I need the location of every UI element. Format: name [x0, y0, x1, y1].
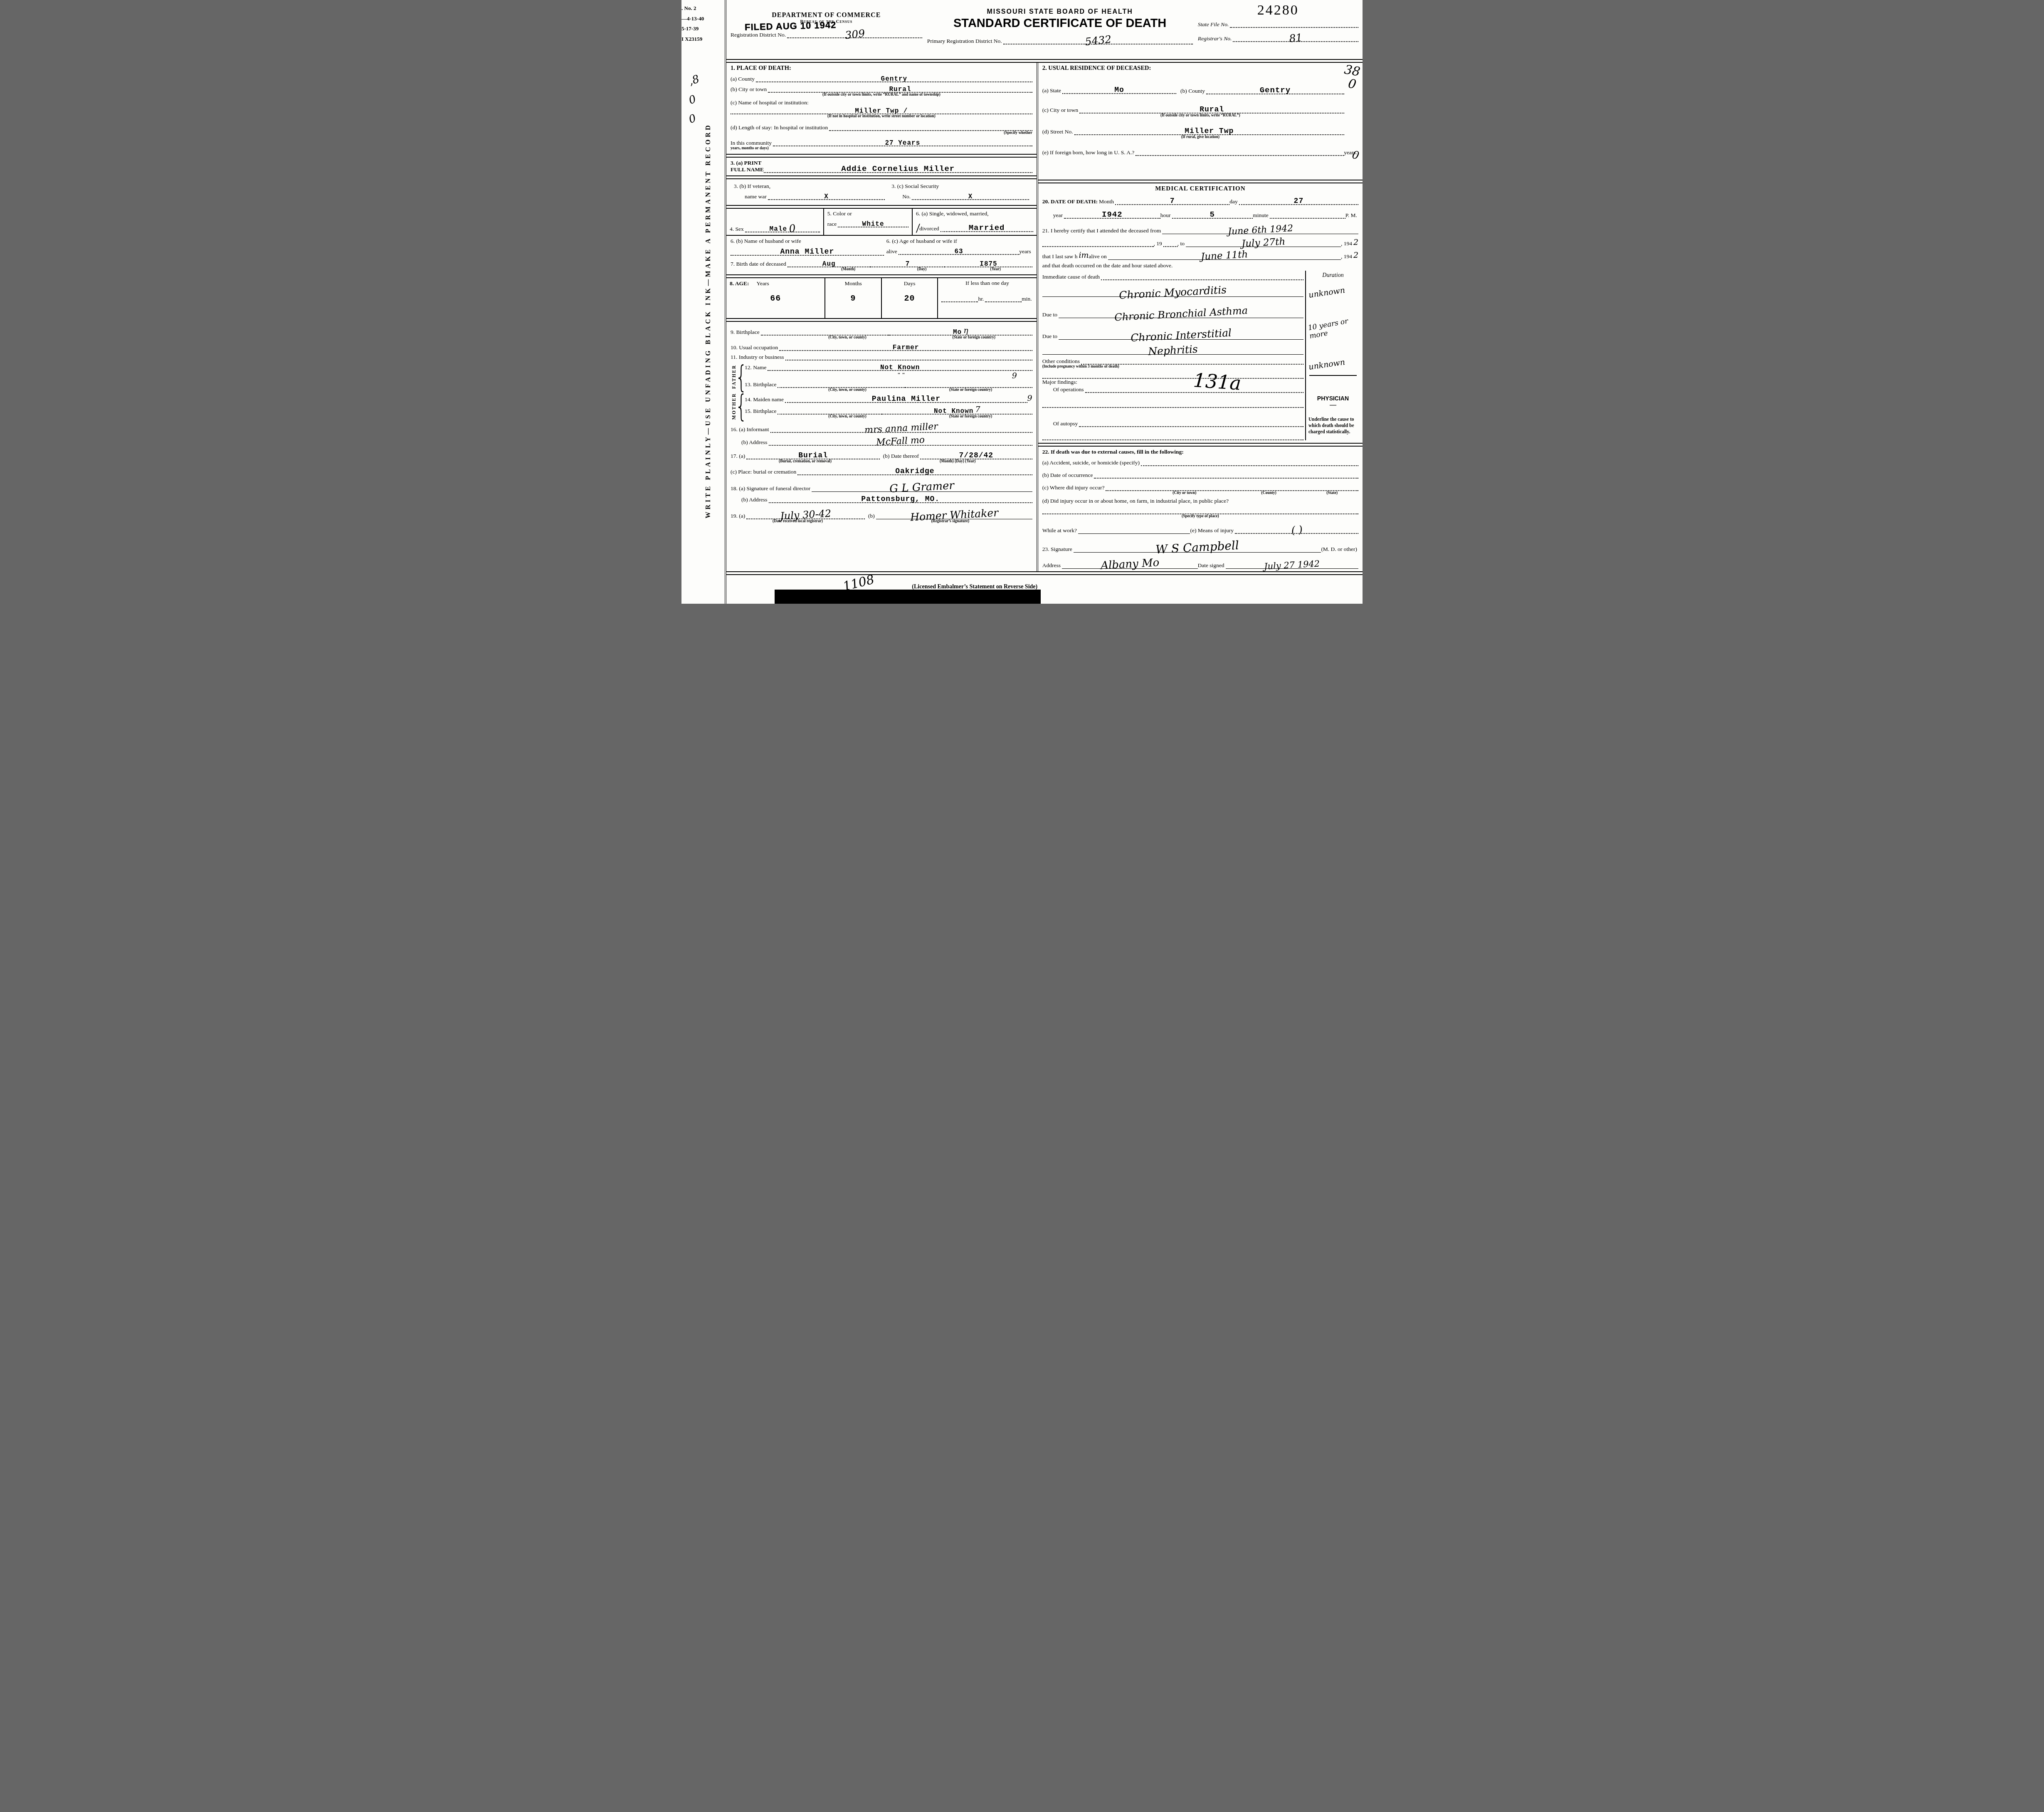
funeral-addr-field: Pattonsburg, MO. — [769, 495, 1032, 503]
external-b-field — [1094, 478, 1358, 479]
certify-from-value: June 6th 1942 — [1227, 224, 1293, 237]
residence-county-field: Gentry — [1206, 86, 1344, 94]
last-saw-label: that I last saw h — [1042, 253, 1079, 260]
section-age: 8. AGE: Years 66 Months 9 Days 20 If les… — [726, 278, 1037, 318]
external-c-note1: (City or town) — [1137, 491, 1232, 496]
funeral-sig-label: 18. (a) Signature of funeral director — [731, 485, 812, 492]
burial-label: 17. (a) — [731, 453, 746, 459]
veteran-field: X — [768, 193, 885, 200]
spouse-age-suffix: years — [1019, 248, 1032, 255]
residence-county-label: (b) County — [1180, 88, 1206, 94]
full-name-label: FULL NAME — [731, 166, 764, 173]
state-file-label: State File No. — [1198, 21, 1230, 28]
margin-mark-3: 0 — [687, 111, 701, 126]
alive-on-label: alive on — [1089, 253, 1108, 260]
certify-from-field: June 6th 1942 — [1162, 225, 1358, 234]
physician-dash: — — [1308, 402, 1358, 409]
primary-district-label: Primary Registration District No. — [927, 38, 1003, 44]
left-margin: . No. 2 —4-13-40 5-17-39 I X23159 ,8 0 0… — [681, 0, 725, 604]
burial-date-field: 7/28/42 — [920, 451, 1032, 459]
external-a-label: (a) Accident, suicide, or homicide (spec… — [1042, 459, 1141, 466]
marital-value: Married — [969, 224, 1005, 232]
signature-value: W S Campbell — [1155, 539, 1239, 555]
left-column: 1. PLACE OF DEATH: (a) County Gentry (b)… — [726, 63, 1038, 571]
burial-date-label: (b) Date thereof — [883, 453, 920, 459]
certify-label: 21. I hereby certify that I attended the… — [1042, 227, 1163, 234]
marital-label2: divorced — [919, 225, 940, 232]
marital-field: Married — [941, 223, 1033, 232]
dod-month-label: Month — [1099, 198, 1115, 205]
hospital-field: Miller Twp / — [731, 107, 1032, 114]
spouse-field: Anna Miller — [731, 247, 884, 256]
footer-row: 1108 (Licensed Embalmer’s Statement on R… — [726, 575, 1363, 591]
form-corner-codes: . No. 2 —4-13-40 5-17-39 I X23159 — [681, 3, 704, 44]
burial-value: Burial — [798, 452, 828, 459]
autopsy-field — [1079, 426, 1303, 427]
medical-heading: MEDICAL CERTIFICATION — [1042, 185, 1358, 193]
immediate-cause-line: Chronic Myocarditis — [1042, 286, 1303, 297]
mother-handwritten-mark: 9 — [1027, 394, 1032, 403]
full-name-field: Addie Cornelius Miller — [764, 164, 1032, 173]
major-mid-line — [1042, 407, 1303, 408]
signature-field: W S Campbell — [1074, 541, 1321, 553]
mother-bp-value: Not Known — [934, 408, 973, 415]
birth-year-note: (Year) — [959, 267, 1032, 272]
spouse-value: Anna Miller — [780, 248, 834, 256]
department-title: DEPARTMENT OF COMMERCE — [731, 12, 922, 19]
veteran-war-label: name war — [745, 193, 768, 200]
major-findings-handwritten: 131a — [1192, 369, 1242, 395]
county-field: Gentry — [756, 75, 1032, 82]
informant-label: 16. (a) Informant — [731, 426, 770, 433]
age-years-label: Years — [757, 280, 769, 286]
section-veteran-ssn: 3. (b) If veteran, name war X 3. (c) Soc… — [726, 179, 1037, 205]
corner-line1: . No. 2 — [681, 3, 704, 14]
community-note: years, months or days) — [731, 146, 1032, 151]
birthplace-handwritten-mark: η — [963, 327, 968, 335]
right-column: 2. USUAL RESIDENCE OF DECEASED: 38 0 0 (… — [1038, 63, 1363, 571]
birthplace-value: Mo — [953, 329, 962, 336]
community-field: 27 Years — [773, 139, 1032, 146]
birth-day-field: 7 — [871, 260, 945, 267]
veteran-value: X — [824, 193, 829, 200]
section-medical: MEDICAL CERTIFICATION 20. DATE OF DEATH:… — [1038, 183, 1363, 443]
age-hr-label: hr. — [978, 296, 985, 302]
section-funeral-registrar: 18. (a) Signature of funeral director G … — [726, 481, 1037, 527]
age-months-value: 9 — [851, 294, 856, 304]
section-spouse-birthdate: 6. (b) Name of husband or wife Anna Mill… — [726, 236, 1037, 275]
residence-street-field: Miller Twp — [1074, 127, 1344, 135]
rule-1 — [726, 154, 1037, 158]
rule-8 — [1038, 443, 1363, 447]
certify-19-field — [1163, 246, 1178, 247]
funeral-addr-label: (b) Address — [741, 496, 769, 503]
dod-month-value: 7 — [1170, 197, 1175, 205]
spouse-label: 6. (b) Name of husband or wife — [731, 238, 884, 244]
community-value: 27 Years — [885, 140, 920, 146]
burial-date-note: (Month) (Day) (Year) — [883, 459, 1032, 464]
hospital-note: (If not in hospital or institution, writ… — [731, 114, 1032, 119]
county-label: (a) County — [731, 76, 756, 82]
rule-2 — [726, 175, 1037, 179]
mother-bp-label: 15. Birthplace — [745, 408, 778, 415]
section-personal: 9. Birthplace Mo η (City, town, or count… — [726, 322, 1037, 448]
birth-date-label: 7. Birth date of deceased — [731, 261, 787, 267]
sex-label: 4. Sex — [730, 226, 745, 232]
ssn-value: X — [968, 193, 973, 200]
residence-city-field: Rural — [1079, 105, 1344, 114]
hospital-label: (c) Name of hospital or institution: — [731, 99, 1032, 106]
foreign-born-field — [1136, 155, 1344, 156]
father-bp-label: 13. Birthplace — [745, 381, 778, 388]
stay-note: (Specify whether — [731, 131, 1032, 136]
dod-hour-value: 5 — [1210, 211, 1215, 219]
residence-handwritten-marks: 38 0 — [1344, 64, 1360, 91]
state-file-field — [1230, 27, 1358, 28]
duration-divider — [1309, 375, 1357, 376]
external-b-label: (b) Date of occurrence — [1042, 472, 1094, 479]
dod-hour-label: hour — [1160, 212, 1172, 219]
age-hr-field — [941, 301, 978, 302]
dod-label: 20. DATE OF DEATH: — [1042, 198, 1099, 205]
birth-month-value: Aug — [822, 261, 836, 267]
dod-hour-field: 5 — [1172, 210, 1253, 219]
header-right: 24280 State File No. Registrar's No. 81 — [1198, 2, 1358, 58]
corner-line3: 5-17-39 — [681, 24, 704, 34]
external-d-note: (Specify type of place) — [1042, 514, 1358, 519]
father-bp-note2: (State or foreign country) — [909, 388, 1032, 393]
community-label: In this community — [731, 140, 773, 146]
registrars-no-field: 81 — [1233, 31, 1358, 42]
section-external-causes: 22. If death was due to external causes,… — [1038, 447, 1363, 536]
duration-column: Duration unknown 10 years or more unknow… — [1305, 271, 1358, 440]
certify-to-label: , to — [1178, 240, 1186, 247]
informant-addr-field: McFall mo — [769, 436, 1032, 446]
certify-to-value: July 27th — [1242, 237, 1286, 249]
physician-addr-value: Albany Mo — [1100, 557, 1159, 571]
residence-county-value: Gentry — [1260, 86, 1291, 94]
place-of-death-heading: 1. PLACE OF DEATH: — [731, 65, 1032, 72]
while-at-work-field — [1078, 533, 1190, 534]
burial-place-value: Oakridge — [895, 468, 934, 475]
primary-district-field: 5432 — [1003, 33, 1193, 44]
certificate-body: DEPARTMENT OF COMMERCE Bureau of the Cen… — [725, 0, 1363, 604]
certify-to-field: July 27th — [1186, 237, 1341, 247]
mother-name-value: Paulina Miller — [872, 395, 941, 403]
ssn-field: X — [912, 193, 1029, 200]
mother-bp-field2: Not Known 7 — [882, 406, 1032, 415]
certify-blank-field — [1042, 246, 1154, 247]
corner-line4: I X23159 — [681, 34, 704, 44]
external-c-note2: (County) — [1232, 491, 1306, 496]
major-findings-label: Major findings: — [1042, 379, 1303, 385]
due2-value: Chronic Interstitial — [1131, 328, 1232, 343]
means-of-injury-label: (e) Means of injury — [1190, 527, 1235, 534]
death-certificate-scan: . No. 2 —4-13-40 5-17-39 I X23159 ,8 0 0… — [681, 0, 1363, 604]
father-group: FATHER { 12. Name Not Known " " 9 — [731, 360, 1032, 393]
means-of-injury-field: ( ) — [1235, 523, 1358, 534]
certify-19: , 19 — [1154, 240, 1163, 247]
sex-value: Male — [770, 226, 787, 232]
occupation-label: 10. Usual occupation — [731, 344, 779, 351]
last-saw-date: June 11th — [1201, 250, 1248, 262]
print-label: 3. (a) PRINT — [731, 160, 764, 166]
race-label1: 5. Color or — [827, 210, 908, 217]
birthplace-note2: (State or foreign country) — [916, 336, 1032, 341]
father-bp-note1: (City, town, or county) — [786, 388, 909, 393]
header-left: DEPARTMENT OF COMMERCE Bureau of the Cen… — [731, 2, 922, 58]
birth-month-field: Aug — [787, 260, 871, 267]
registrar-sig-field: Homer Whitaker — [876, 509, 1032, 519]
informant-value: mrs anna miller — [864, 422, 938, 435]
external-d-label: (d) Did injury occur in or about home, o… — [1042, 498, 1358, 504]
age-min-label: min. — [1022, 296, 1033, 302]
residence-state-label: (a) State — [1042, 87, 1062, 94]
mother-bp-note2: (State or foreign country) — [909, 415, 1032, 420]
due2-line2: Nephritis — [1042, 344, 1303, 355]
date-signed-label: Date signed — [1198, 562, 1226, 569]
residence-state-field: Mo — [1062, 86, 1176, 94]
duration-header: Duration — [1308, 272, 1358, 279]
city-field: Rural — [768, 85, 1032, 93]
funeral-sig-value: G L Gramer — [889, 480, 955, 494]
certify-to-year-hw: 2 — [1353, 238, 1358, 247]
city-note: (If outside city or town limits, write “… — [731, 93, 1032, 98]
due2-label: Due to — [1042, 333, 1059, 340]
race-field: White — [838, 220, 908, 227]
father-name-value: Not Known — [880, 364, 920, 371]
immediate-cause-label: Immediate cause of death — [1042, 274, 1101, 280]
immediate-cause-field — [1101, 279, 1303, 280]
external-c-label: (c) Where did injury occur? — [1042, 484, 1106, 491]
physician-addr-field: Albany Mo — [1062, 558, 1198, 569]
md-or-other-label: (M. D. or other) — [1321, 546, 1358, 553]
due2-duration: unknown — [1308, 358, 1345, 372]
section-residence: 2. USUAL RESIDENCE OF DECEASED: 38 0 0 (… — [1038, 63, 1363, 180]
autopsy-label: Of autopsy — [1053, 420, 1079, 427]
ssn-label: 3. (c) Social Security — [891, 183, 1029, 190]
mother-brace: { — [738, 385, 745, 428]
sex-handwritten-mark: 0 — [788, 223, 796, 234]
veteran-label: 3. (b) If veteran, — [734, 183, 885, 190]
dod-minute-field — [1270, 218, 1345, 219]
burial-date-value: 7/28/42 — [959, 452, 994, 459]
burial-place-field: Oakridge — [797, 467, 1032, 475]
date-signed-value: July 27 1942 — [1264, 559, 1320, 571]
due1-duration: 10 years or more — [1307, 316, 1358, 341]
mother-name-label: 14. Maiden name — [745, 396, 785, 403]
received-field: July 30-42 — [746, 509, 865, 519]
means-of-injury-hw: ( ) — [1291, 524, 1303, 536]
birth-day-note: (Day) — [885, 267, 959, 272]
section-sex-race-marital: 4. Sex Male 0 5. Color or race White 6. … — [726, 209, 1037, 235]
dod-minute-label: minute — [1253, 212, 1270, 219]
age-days-value: 20 — [904, 294, 915, 304]
registration-district-value: 309 — [844, 28, 865, 41]
father-handwritten-mark: 9 — [1012, 371, 1017, 380]
dod-day-label: day — [1229, 198, 1239, 205]
operations-field — [1085, 392, 1303, 393]
city-value: Rural — [889, 86, 911, 93]
residence-city-note: (If outside city or town limits, write “… — [1042, 114, 1358, 118]
margin-mark-1: ,8 — [687, 73, 701, 88]
burial-note: (Burial, cremation, or removal) — [731, 459, 880, 464]
rule-bottom — [726, 571, 1363, 575]
age-days-label: Days — [904, 280, 916, 286]
dod-day-field: 27 — [1239, 197, 1358, 205]
foreign-born-label: (e) If foreign born, how long in U. S. A… — [1042, 149, 1136, 156]
external-heading: 22. If death was due to external causes,… — [1042, 449, 1358, 455]
immediate-duration: unknown — [1308, 286, 1345, 300]
scan-artifact-bar — [775, 590, 1041, 604]
stay-field — [829, 130, 1032, 131]
mother-bp-note1: (City, town, or county) — [786, 415, 909, 420]
certificate-number: 24280 — [1198, 2, 1358, 18]
occupation-field: Farmer — [779, 343, 1032, 351]
mother-name-field: Paulina Miller — [785, 395, 1027, 403]
rule-7 — [1038, 180, 1363, 183]
header-center: MISSOURI STATE BOARD OF HEALTH STANDARD … — [922, 2, 1198, 58]
dod-month-field: 7 — [1115, 197, 1229, 205]
informant-addr-value: McFall mo — [876, 435, 925, 447]
city-label: (b) City or town — [731, 86, 768, 93]
external-a-field — [1141, 465, 1358, 466]
section-burial: 17. (a) Burial (Burial, cremation, or re… — [726, 448, 1037, 478]
section-physician-signature: 23. Signature W S Campbell (M. D. or oth… — [1038, 541, 1363, 571]
birthplace-field2: Mo η — [889, 327, 1032, 336]
age-years-value: 66 — [770, 294, 781, 304]
margin-instruction: WRITE PLAINLY—USE UNFADING BLACK INK—MAK… — [705, 62, 712, 579]
major-bottom-line — [1042, 439, 1303, 440]
residence-street-label: (d) Street No. — [1042, 128, 1074, 135]
spouse-age-label2: alive — [886, 248, 899, 255]
funeral-addr-value: Pattonsburg, MO. — [861, 496, 940, 503]
race-label2: race — [827, 221, 838, 227]
spouse-age-field: 63 — [899, 247, 1019, 255]
age-min-field — [985, 301, 1022, 302]
due2-field: Chronic Interstitial — [1059, 329, 1303, 340]
stay-label: (d) Length of stay: In hospital or insti… — [731, 124, 829, 131]
dod-year-label: year — [1053, 212, 1064, 219]
mother-group: MOTHER { 14. Maiden name Paulina Miller … — [731, 393, 1032, 420]
while-at-work-label: While at work? — [1042, 527, 1078, 534]
informant-addr-label: (b) Address — [741, 439, 769, 446]
certify-194: , 194 — [1341, 240, 1353, 247]
operations-label: Of operations — [1053, 386, 1085, 393]
received-label: 19. (a) — [731, 513, 746, 519]
father-name-field: Not Known — [768, 363, 1032, 371]
burial-field: Burial — [746, 451, 880, 459]
rule-3 — [726, 205, 1037, 209]
residence-state-value: Mo — [1114, 86, 1124, 94]
section-place-of-death: 1. PLACE OF DEATH: (a) County Gentry (b)… — [726, 63, 1037, 154]
certificate-title: STANDARD CERTIFICATE OF DEATH — [927, 17, 1193, 30]
residence-mark-2: 0 — [1343, 76, 1361, 92]
birthplace-note1: (City, town, or county) — [779, 336, 916, 341]
residence-city-label: (c) City or town — [1042, 107, 1080, 114]
father-ditto-marks: " " — [897, 371, 905, 380]
birth-year-value: I875 — [980, 261, 997, 267]
section-full-name: 3. (a) PRINT FULL NAME Addie Cornelius M… — [726, 158, 1037, 175]
mother-bp-handwritten-mark: 7 — [975, 406, 980, 414]
marital-handwritten-mark: / — [916, 222, 920, 234]
dod-year-value: I942 — [1102, 211, 1123, 219]
spouse-age-value: 63 — [954, 248, 963, 255]
full-name-value: Addie Cornelius Miller — [841, 165, 955, 173]
age-label: 8. AGE: — [730, 280, 749, 286]
external-c-note3: (State) — [1306, 491, 1358, 496]
dod-year-field: I942 — [1064, 210, 1160, 219]
last-saw-194: , 194 — [1341, 253, 1353, 260]
corner-line2: —4-13-40 — [681, 14, 704, 24]
occupation-value: Farmer — [893, 344, 919, 351]
physician-addr-label: Address — [1042, 562, 1062, 569]
race-value: White — [862, 221, 884, 227]
rule-6 — [726, 318, 1037, 322]
residence-city-value: Rural — [1200, 106, 1224, 114]
county-value: Gentry — [881, 76, 908, 82]
last-saw-field: June 11th — [1108, 250, 1341, 260]
residence-heading: 2. USUAL RESIDENCE OF DECEASED: — [1042, 65, 1358, 72]
marital-label1: 6. (a) Single, widowed, married, — [916, 210, 1033, 217]
form-columns: 1. PLACE OF DEATH: (a) County Gentry (b)… — [726, 63, 1363, 571]
other-conditions-note: (Include pregnancy within 3 months of de… — [1042, 365, 1303, 370]
rule-5 — [726, 274, 1037, 278]
due1-label: Due to — [1042, 311, 1059, 318]
dod-pm-label: P. M. — [1345, 212, 1358, 219]
father-name-label: 12. Name — [745, 364, 768, 371]
margin-handwritten-marks: ,8 0 0 — [689, 74, 699, 131]
burial-place-label: (c) Place: burial or cremation — [731, 469, 797, 475]
due1-value: Chronic Bronchial Asthma — [1114, 306, 1248, 323]
signature-label: 23. Signature — [1042, 546, 1074, 553]
registrar-sig-label: (b) — [868, 513, 876, 519]
registrars-no-value: 81 — [1289, 32, 1303, 44]
birth-month-note: (Month) — [812, 267, 885, 272]
registration-district-label: Registration District No. — [731, 32, 787, 38]
ssn-no-label: No. — [902, 193, 912, 200]
spouse-age-label1: 6. (c) Age of husband or wife if — [886, 238, 1032, 244]
due1-field: Chronic Bronchial Asthma — [1059, 308, 1303, 318]
registrars-no-label: Registrar's No. — [1198, 35, 1233, 42]
residence-street-value: Miller Twp — [1185, 128, 1234, 135]
funeral-sig-field: G L Gramer — [812, 481, 1032, 492]
age-less-label: If less than one day — [941, 280, 1033, 286]
date-signed-field: July 27 1942 — [1226, 560, 1358, 569]
immediate-cause-value: Chronic Myocarditis — [1119, 284, 1227, 301]
major-top-line — [1042, 378, 1303, 379]
residence-street-note: (If rural, give location) — [1042, 135, 1358, 140]
birth-year-field: I875 — [945, 260, 1032, 267]
certificate-header: DEPARTMENT OF COMMERCE Bureau of the Cen… — [726, 0, 1363, 59]
informant-field: mrs anna miller — [770, 423, 1032, 433]
last-saw-hw: im — [1079, 251, 1089, 260]
birth-day-value: 7 — [906, 261, 910, 267]
dod-day-value: 27 — [1294, 197, 1304, 205]
hospital-value: Miller Twp / — [855, 108, 908, 114]
due2-value2: Nephritis — [1148, 344, 1198, 357]
age-months-label: Months — [844, 280, 862, 286]
other-conditions-label: Other conditions — [1042, 358, 1081, 365]
board-title: MISSOURI STATE BOARD OF HEALTH — [927, 8, 1193, 16]
birthplace-label: 9. Birthplace — [731, 329, 761, 336]
physician-note: Underline the cause to which death shoul… — [1308, 417, 1358, 435]
last-saw-year-hw: 2 — [1353, 251, 1358, 260]
sex-field: Male 0 — [745, 221, 820, 232]
occurred-label: and that death occurred on the date and … — [1042, 262, 1358, 269]
received-value: July 30-42 — [780, 509, 832, 521]
margin-mark-2: 0 — [687, 92, 701, 107]
